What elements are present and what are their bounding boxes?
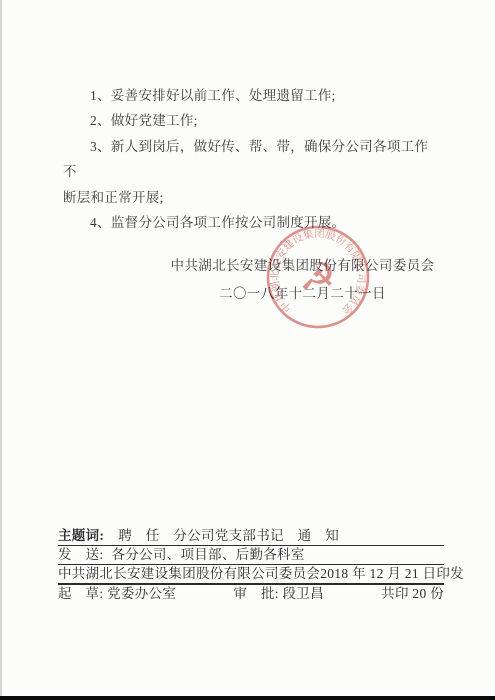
body-line: 断层和正常开展;: [63, 185, 439, 210]
footer-row-issuer: 中共湖北长安建设集团股份有限公司委员会 2018 年 12 月 21 日印发: [58, 565, 444, 585]
scanned-document-page: 1、妥善安排好以前工作、处理遗留工作; 2、做好党建工作; 3、新人到岗后，做好…: [0, 0, 495, 700]
copies-count: 共印 20 份: [381, 585, 444, 603]
keywords-label: 主题词:: [58, 527, 104, 545]
body-line: 3、新人到岗后，做好传、帮、带，确保分公司各项工作不: [63, 134, 439, 185]
signature-block: 中共湖北长安建设集团股份有限公司委员会 二〇一八年十二月二十一日: [110, 252, 495, 308]
scan-edge-bottom: [0, 696, 495, 700]
distribution-value: 各分公司、项目部、后勤各科室: [111, 546, 304, 564]
issuer-name: 中共湖北长安建设集团股份有限公司委员会: [58, 565, 320, 583]
signature-committee: 中共湖北长安建设集团股份有限公司委员会: [110, 252, 495, 280]
distribution-label: 发 送:: [58, 546, 103, 564]
body-line: 2、做好党建工作;: [63, 108, 439, 133]
signature-date: 二〇一八年十二月二十一日: [110, 280, 495, 308]
body-paragraph: 1、妥善安排好以前工作、处理遗留工作; 2、做好党建工作; 3、新人到岗后，做好…: [63, 83, 439, 235]
issue-date: 2018 年 12 月 21 日印发: [320, 565, 464, 583]
body-line: 4、监督分公司各项工作按公司制度开展。: [63, 210, 439, 235]
footer-row-distribution: 发 送: 各分公司、项目部、后勤各科室: [58, 546, 444, 565]
keywords-value: 聘 任 分公司党支部书记 通 知: [118, 527, 339, 545]
footer-table: 主题词: 聘 任 分公司党支部书记 通 知 发 送: 各分公司、项目部、后勤各科…: [58, 527, 444, 603]
drafter: 起 草: 党委办公室: [58, 585, 176, 603]
footer-row-drafting: 起 草: 党委办公室 审 批: 段卫昌 共印 20 份: [58, 585, 444, 603]
approver: 审 批: 段卫昌: [233, 585, 324, 603]
scan-edge-left: [0, 0, 2, 700]
footer-row-keywords: 主题词: 聘 任 分公司党支部书记 通 知: [58, 527, 444, 546]
body-line: 1、妥善安排好以前工作、处理遗留工作;: [63, 83, 439, 108]
